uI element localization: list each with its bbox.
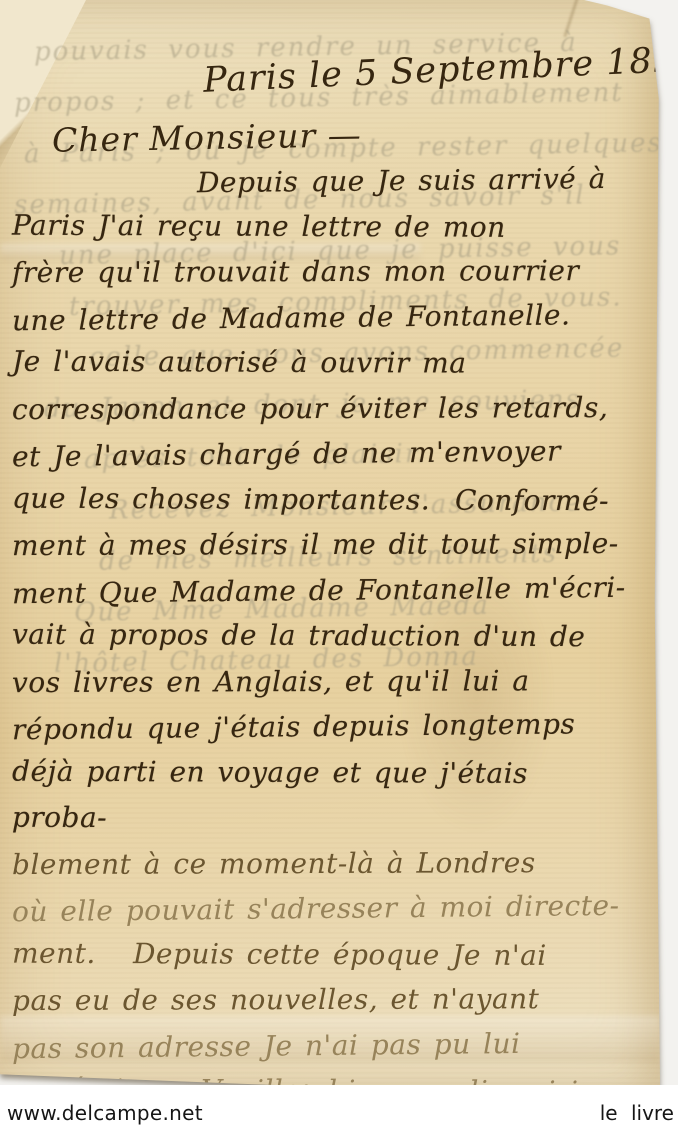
letter-line: vait à propos de la traduction d'un de: [12, 612, 634, 660]
letter-line: Depuis que Je suis arrivé à: [197, 156, 634, 206]
letter-line: Paris J'ai reçu une lettre de mon: [12, 202, 634, 250]
top-crease: [563, 0, 579, 37]
letter-line: une lettre de Madame de Fontanelle.: [12, 291, 634, 343]
letter-line: blement à ce moment-là à Londres: [12, 839, 634, 887]
letter-line: ment. Depuis cette époque Je n'ai: [12, 930, 634, 978]
dateline: Paris le 5 Septembre 1891: [202, 39, 678, 101]
letter-line: Je l'avais autorisé à ouvrir ma: [12, 339, 634, 387]
letter-body: Depuis que Je suis arrivé àParis J'ai re…: [12, 158, 634, 1114]
letter-line: frère qu'il trouvait dans mon courrier: [12, 248, 634, 296]
letter-line: et Je l'avais chargé de ne m'envoyer: [12, 428, 634, 480]
letter-line: où elle pouvait s'adresser à moi directe…: [12, 883, 634, 935]
letter-paper: pouvais vous rendre un service àpropos ;…: [0, 0, 660, 1094]
letter-line: correspondance pour éviter les retards,: [12, 384, 634, 432]
letter-line: pas son adresse Je n'ai pas pu lui: [12, 1019, 634, 1071]
letter-line: vos livres en Anglais, et qu'il lui a: [12, 657, 634, 705]
watermark-site-text: www.delcampe.net: [7, 1101, 203, 1125]
letter-line: ment à mes désirs il me dit tout simple-: [12, 521, 634, 569]
letter-line: pas eu de ses nouvelles, et n'ayant: [12, 976, 634, 1024]
letter-line: déjà parti en voyage et que j'étais prob…: [12, 748, 634, 842]
watermark-bar: www.delcampe.net le livre: [0, 1085, 678, 1132]
salutation: Cher Monsieur —: [52, 115, 362, 159]
letter-paper-shadow: pouvais vous rendre un service àpropos ;…: [0, 0, 660, 1094]
letter-line: ment Que Madame de Fontanelle m'écri-: [12, 564, 634, 616]
scanned-letter-photo: pouvais vous rendre un service àpropos ;…: [0, 0, 678, 1132]
letter-line: que les choses importantes. Conformé-: [12, 475, 634, 523]
letter-line: répondu que j'étais depuis longtemps: [12, 701, 634, 753]
watermark-category-text: le livre: [600, 1101, 674, 1125]
